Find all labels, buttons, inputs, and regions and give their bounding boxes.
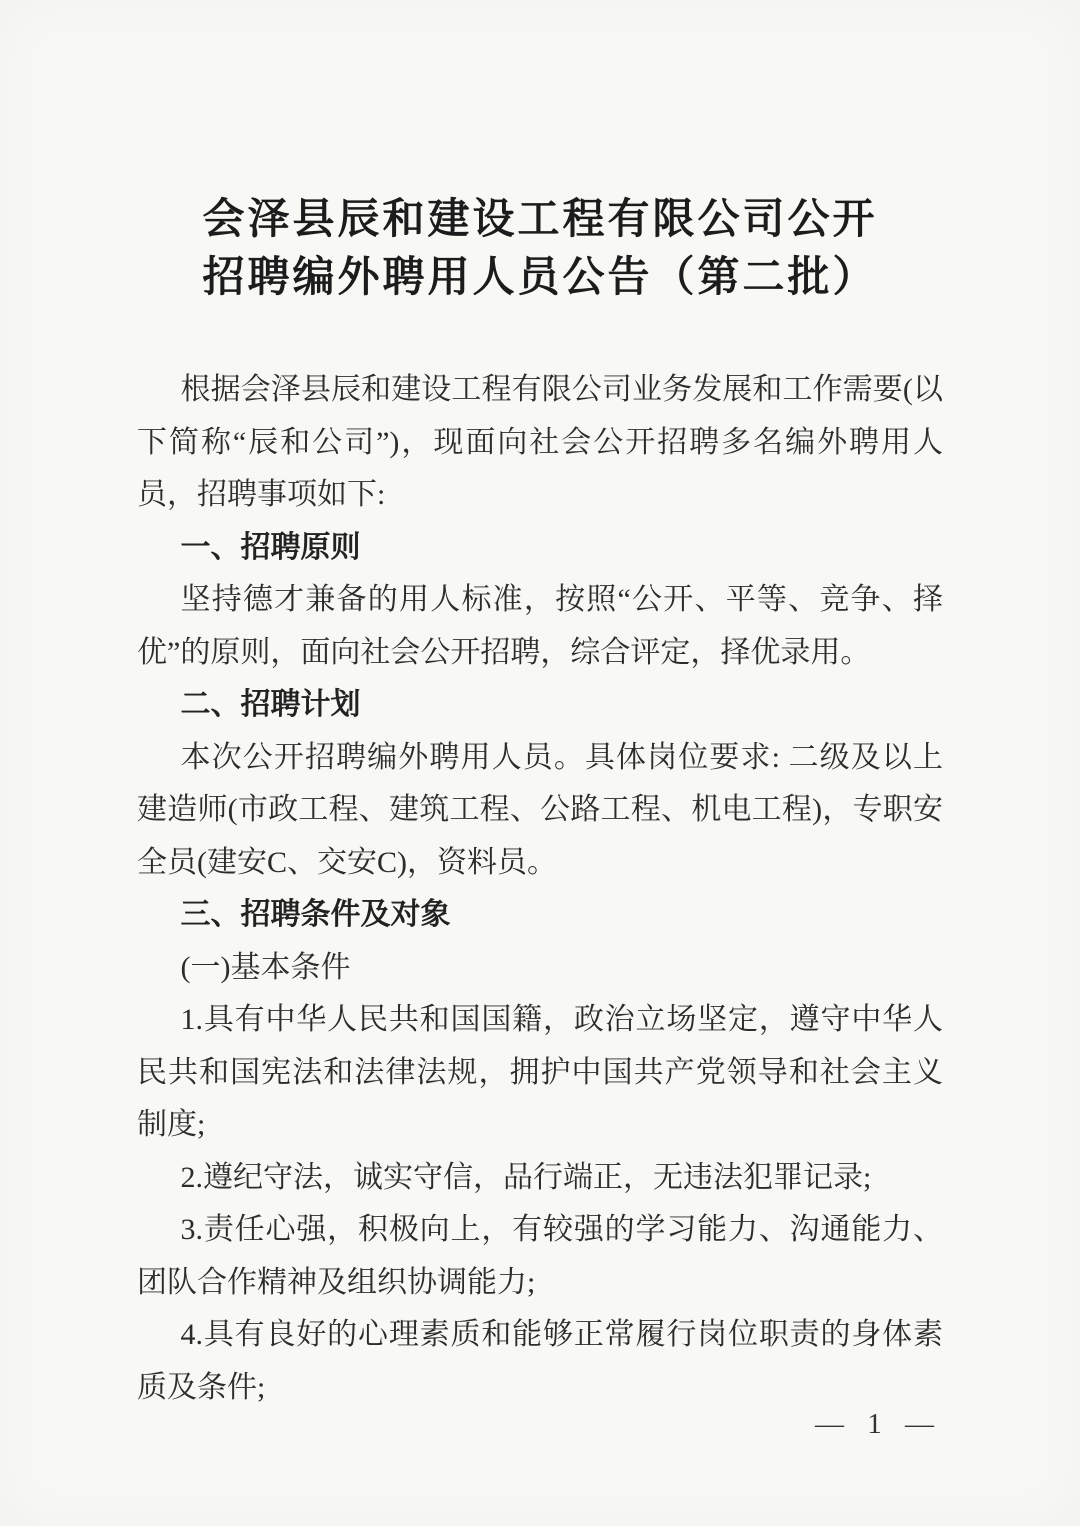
document-title-line2: 招聘编外聘用人员公告（第二批） <box>0 248 1080 306</box>
paragraph: 3.责任心强，积极向上，有较强的学习能力、沟通能力、团队合作精神及组织协调能力; <box>137 1204 943 1309</box>
paragraph: 2.遵纪守法，诚实守信，品行端正，无违法犯罪记录; <box>137 1152 943 1205</box>
paragraph: 根据会泽县辰和建设工程有限公司业务发展和工作需要(以下简称“辰和公司”)，现面向… <box>137 364 943 522</box>
paragraph: 本次公开招聘编外聘用人员。具体岗位要求: 二级及以上建造师(市政工程、建筑工程、… <box>137 732 943 890</box>
section-heading: 三、招聘条件及对象 <box>137 889 943 942</box>
paragraph: 坚持德才兼备的用人标准，按照“公开、平等、竞争、择优”的原则，面向社会公开招聘，… <box>137 574 943 679</box>
paragraph: 1.具有中华人民共和国国籍，政治立场坚定，遵守中华人民共和国宪法和法律法规，拥护… <box>137 994 943 1152</box>
document-page: 会泽县辰和建设工程有限公司公开 招聘编外聘用人员公告（第二批） 根据会泽县辰和建… <box>0 0 1080 1526</box>
section-heading: 一、招聘原则 <box>137 522 943 575</box>
subsection-label: (一)基本条件 <box>137 942 943 995</box>
page-number: — 1 — <box>815 1408 942 1441</box>
paragraph: 4.具有良好的心理素质和能够正常履行岗位职责的身体素质及条件; <box>137 1309 943 1414</box>
document-title-line1: 会泽县辰和建设工程有限公司公开 <box>0 190 1080 248</box>
document-body: 根据会泽县辰和建设工程有限公司业务发展和工作需要(以下简称“辰和公司”)，现面向… <box>137 364 943 1414</box>
document-title: 会泽县辰和建设工程有限公司公开 招聘编外聘用人员公告（第二批） <box>0 0 1080 306</box>
section-heading: 二、招聘计划 <box>137 679 943 732</box>
